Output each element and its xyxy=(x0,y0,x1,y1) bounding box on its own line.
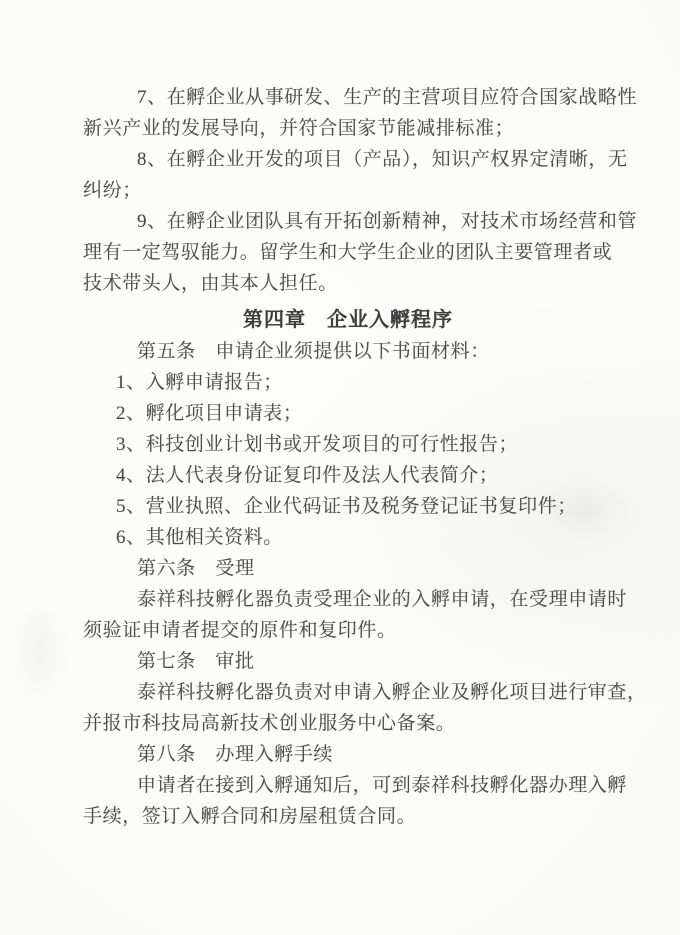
text-line: 新兴产业的发展导向，并符合国家节能减排标准； xyxy=(83,113,613,144)
text-line: 泰祥科技孵化器负责受理企业的入孵申请，在受理申请时 xyxy=(83,584,613,615)
text-line: 技术带头人，由其本人担任。 xyxy=(83,268,613,299)
text-line: 须验证申请者提交的原件和复印件。 xyxy=(83,615,613,646)
document-page: 7、在孵企业从事研发、生产的主营项目应符合国家战略性新兴产业的发展导向，并符合国… xyxy=(0,0,680,935)
scan-smudge xyxy=(10,590,70,710)
document-text-block: 7、在孵企业从事研发、生产的主营项目应符合国家战略性新兴产业的发展导向，并符合国… xyxy=(83,82,613,832)
text-line: 泰祥科技孵化器负责对申请入孵企业及孵化项目进行审查， xyxy=(83,677,613,708)
text-line: 6、其他相关资料。 xyxy=(83,522,613,553)
chapter-heading: 第四章 企业入孵程序 xyxy=(83,305,613,336)
text-line: 8、在孵企业开发的项目（产品），知识产权界定清晰，无 xyxy=(83,144,613,175)
text-line: 手续，签订入孵合同和房屋租赁合同。 xyxy=(83,801,613,832)
text-line: 理有一定驾驭能力。留学生和大学生企业的团队主要管理者或 xyxy=(83,237,613,268)
text-line: 第六条 受理 xyxy=(83,553,613,584)
text-line: 第五条 申请企业须提供以下书面材料： xyxy=(83,336,613,367)
text-line: 9、在孵企业团队具有开拓创新精神，对技术市场经营和管 xyxy=(83,206,613,237)
text-line: 2、孵化项目申请表； xyxy=(83,398,613,429)
text-line: 并报市科技局高新技术创业服务中心备案。 xyxy=(83,708,613,739)
text-line: 申请者在接到入孵通知后，可到泰祥科技孵化器办理入孵 xyxy=(83,770,613,801)
text-line: 5、营业执照、企业代码证书及税务登记证书复印件； xyxy=(83,491,613,522)
text-line: 第七条 审批 xyxy=(83,646,613,677)
text-line: 纠纷； xyxy=(83,175,613,206)
text-line: 3、科技创业计划书或开发项目的可行性报告； xyxy=(83,429,613,460)
text-line: 第八条 办理入孵手续 xyxy=(83,739,613,770)
text-line: 1、入孵申请报告； xyxy=(83,367,613,398)
text-line: 4、法人代表身份证复印件及法人代表简介； xyxy=(83,460,613,491)
text-line: 7、在孵企业从事研发、生产的主营项目应符合国家战略性 xyxy=(83,82,613,113)
